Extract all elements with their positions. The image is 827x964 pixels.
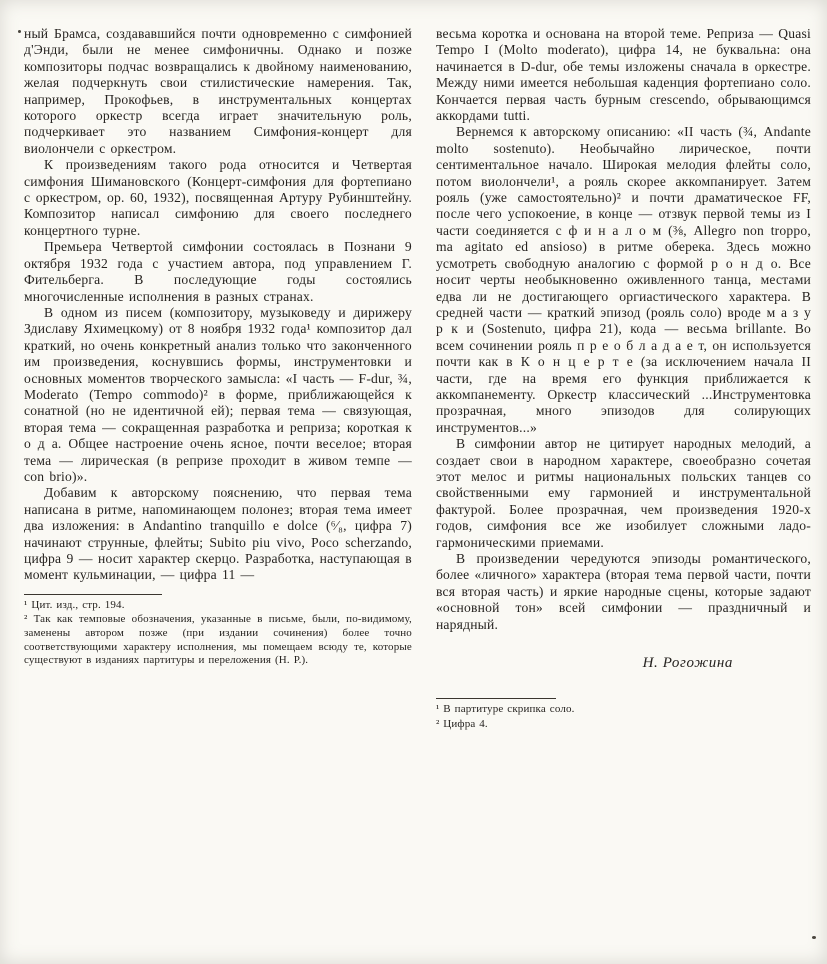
footnote-separator-rule [24, 594, 162, 595]
footnote: ² Так как темповые обозначения, указанны… [24, 613, 412, 667]
scanned-book-page: ный Брамса, создававшийся почти одноврем… [0, 0, 827, 964]
scan-speck [18, 30, 21, 33]
footnote: ¹ Цит. изд., стр. 194. [24, 599, 412, 613]
paragraph: весьма коротка и основана на второй теме… [436, 26, 811, 124]
author-signature: Н. Рогожина [436, 655, 733, 672]
footnote: ¹ В партитуре скрипка соло. [436, 703, 811, 717]
paragraph: ный Брамса, создававшийся почти одноврем… [24, 26, 412, 157]
paragraph: В одном из писем (композитору, музыковед… [24, 305, 412, 485]
paragraph: В симфонии автор не цитирует народных ме… [436, 436, 811, 551]
right-footnote-block: ¹ В партитуре скрипка соло. ² Цифра 4. [436, 698, 811, 731]
two-column-text-layout: ный Брамса, создававшийся почти одноврем… [0, 0, 827, 731]
paragraph: Добавим к авторскому пояснению, что перв… [24, 485, 412, 583]
left-column: ный Брамса, создававшийся почти одноврем… [24, 26, 412, 731]
scan-speck [812, 936, 816, 939]
paragraph: Премьера Четвертой симфонии состоялась в… [24, 239, 412, 305]
footnote-separator-rule [436, 698, 556, 699]
paragraph: Вернемся к авторскому описанию: «II част… [436, 124, 811, 436]
left-footnote-block: ¹ Цит. изд., стр. 194. ² Так как темповы… [24, 594, 412, 668]
footnote: ² Цифра 4. [436, 718, 811, 732]
paragraph: В произведении чередуются эпизоды романт… [436, 551, 811, 633]
right-column: весьма коротка и основана на второй теме… [436, 26, 811, 731]
paragraph: К произведениям такого рода относится и … [24, 157, 412, 239]
